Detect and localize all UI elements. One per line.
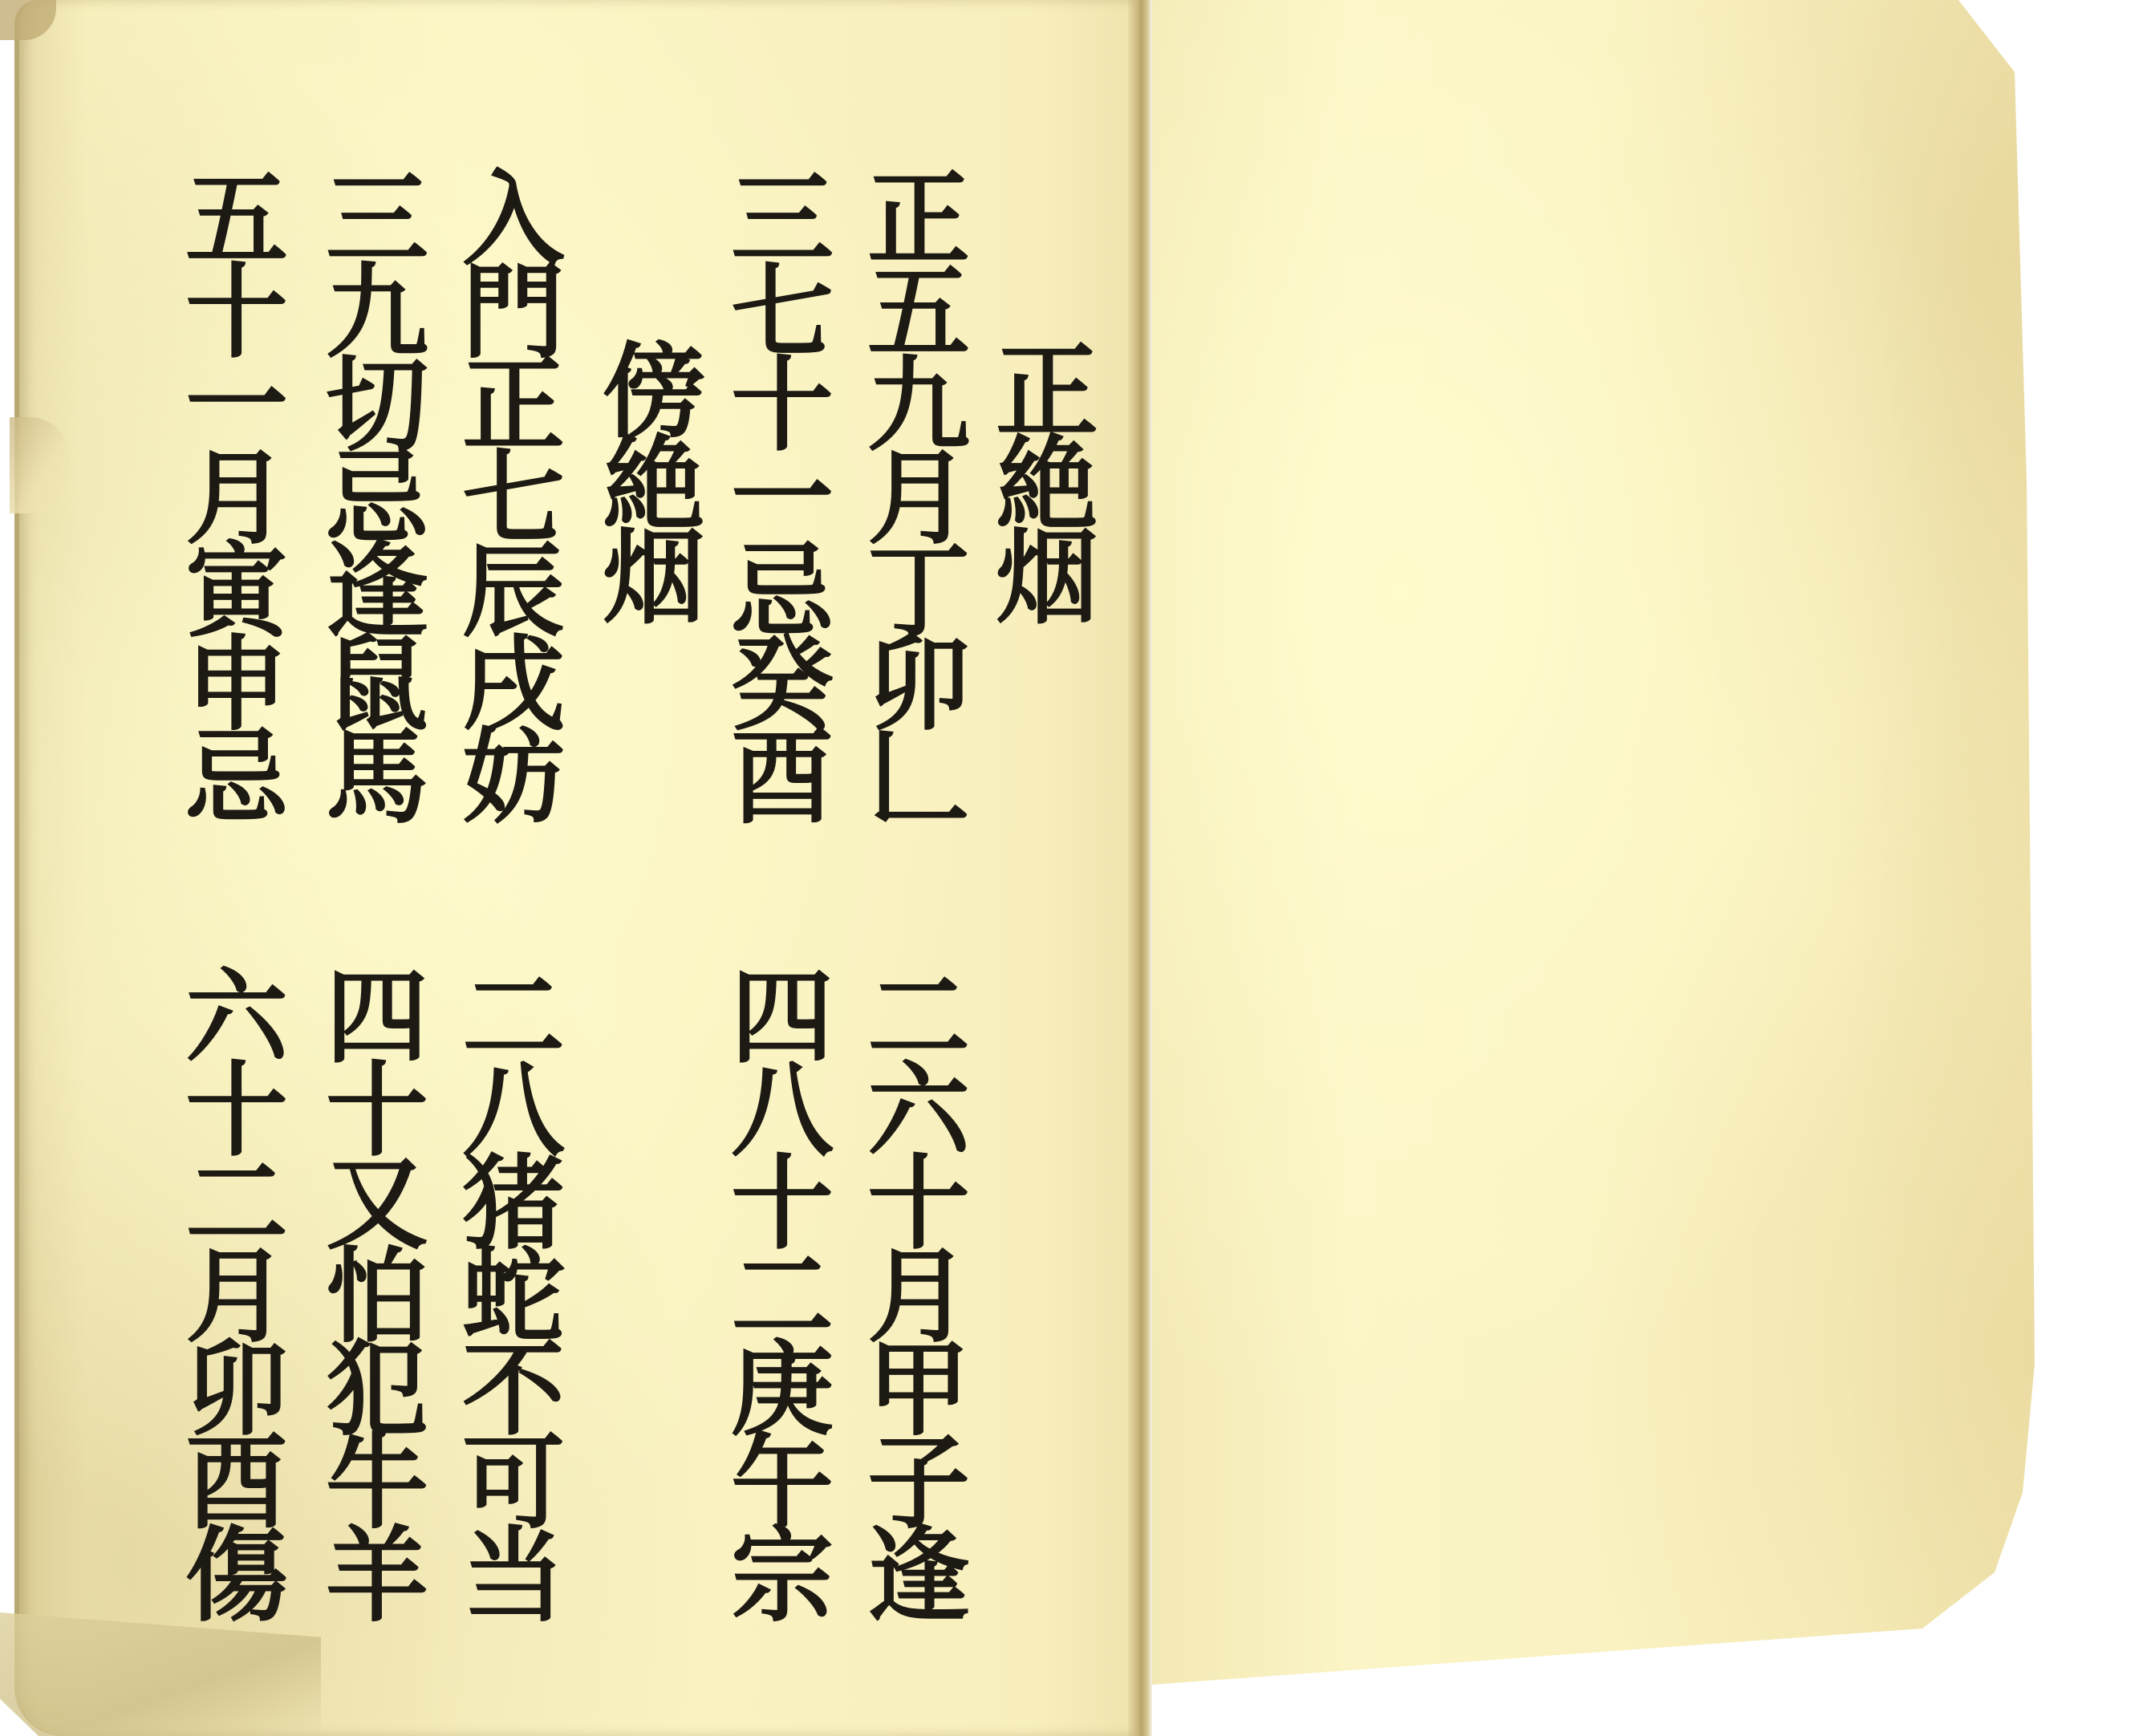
text-column-7: 四八十二庚午宗	[722, 963, 825, 1614]
text-column-4: 三九切忌逢鼠馬	[317, 164, 420, 816]
book-gutter	[1128, 0, 1152, 1736]
text-column-3: 入門正七辰戌妨	[453, 164, 556, 816]
text-column-2: 三七十一忌癸酉	[722, 164, 825, 816]
heading-bang-jue-yan: 傍絶烟	[594, 337, 696, 616]
text-column-6: 二六十月甲子逢	[858, 963, 961, 1614]
text-column-5: 五十一月寅申忌	[177, 164, 279, 816]
text-column-1: 正五九月丁卯𠃊	[858, 164, 961, 816]
text-column-10: 六十二月卯酉傷	[177, 963, 279, 1614]
right-page-blank	[1152, 0, 2139, 1685]
book-spread: 正絶烟 正五九月丁卯𠃊 三七十一忌癸酉 傍絶烟 入門正七辰戌妨 三九切忌逢鼠馬 …	[0, 0, 2147, 1736]
text-column-8: 二八猪蛇不可当	[453, 963, 556, 1614]
heading-zheng-jue-yan: 正絶烟	[987, 337, 1090, 616]
text-column-9: 四十又怕犯牛羊	[317, 963, 420, 1614]
